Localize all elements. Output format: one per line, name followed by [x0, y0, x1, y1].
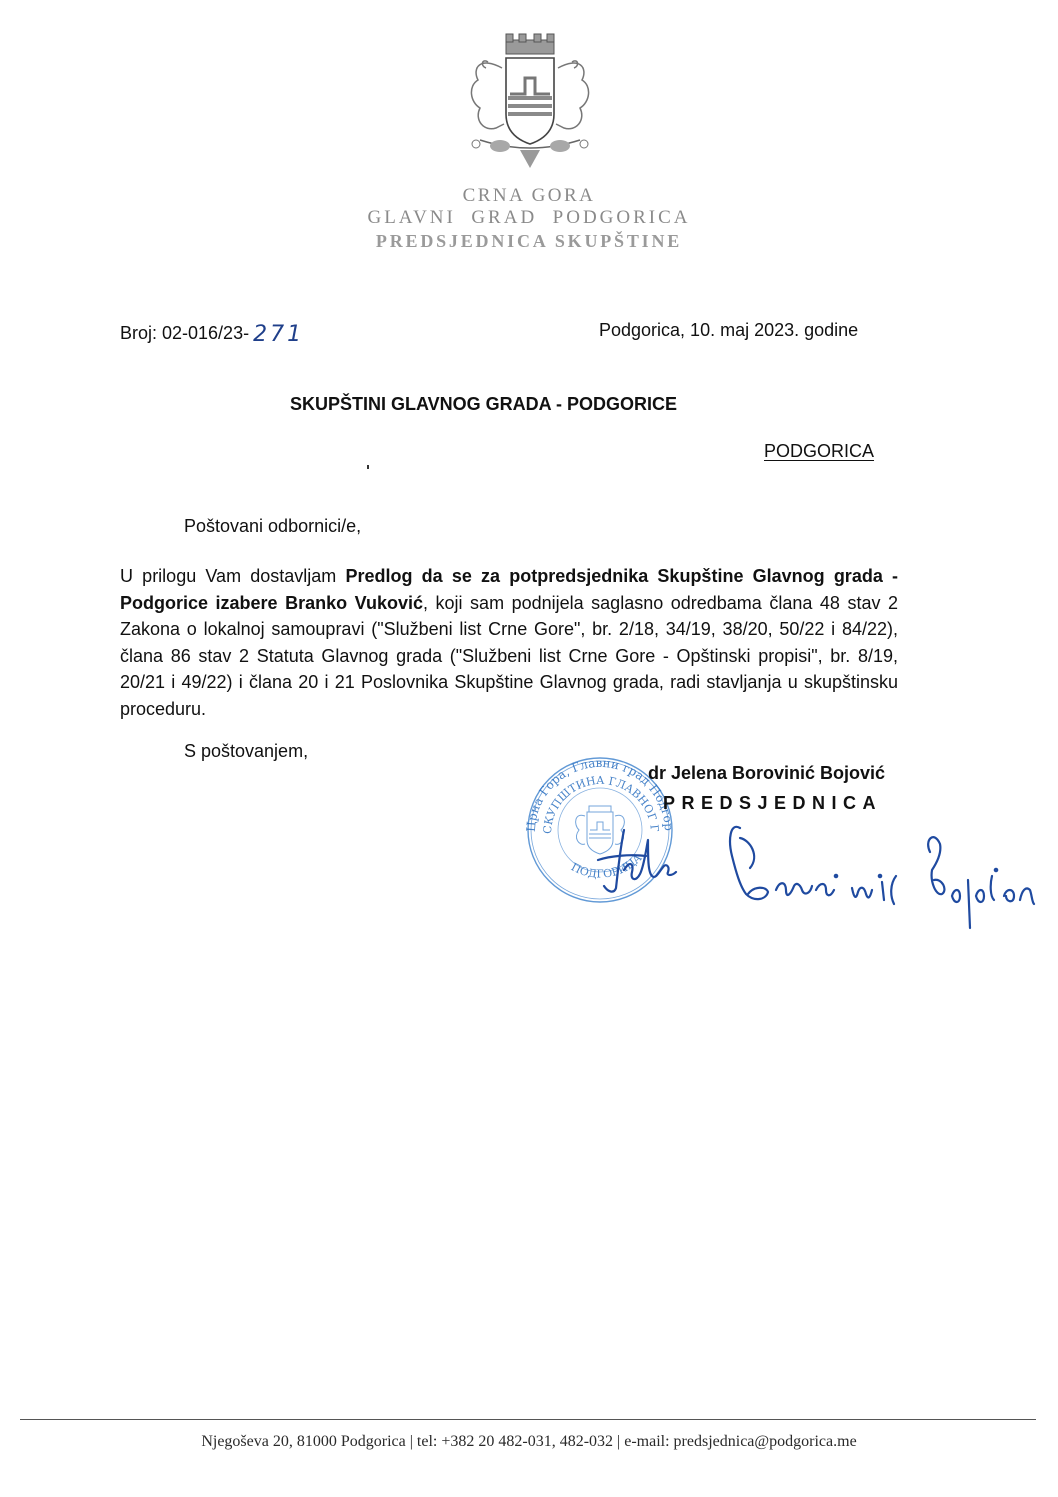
document-date: Podgorica, 10. maj 2023. godine: [599, 320, 858, 341]
salutation: Poštovani odbornici/e,: [184, 516, 361, 537]
handwritten-signature-icon: [590, 810, 1050, 930]
body-paragraph: U prilogu Vam dostavljam Predlog da se z…: [120, 563, 898, 722]
letterhead-office: PREDSJEDNICA SKUPŠTINE: [0, 231, 1058, 252]
coat-of-arms-icon: [450, 28, 610, 178]
reference-number: Broj: 02-016/23-271: [120, 320, 304, 345]
handwritten-reference-number: 271: [253, 322, 304, 347]
letterhead-country: CRNA GORA: [0, 185, 1058, 207]
recipient-name: SKUPŠTINI GLAVNOG GRADA - PODGORICE: [290, 394, 677, 415]
signer-name: dr Jelena Borovinić Bojović: [648, 763, 885, 784]
reference-label: Broj: 02-016/23-: [120, 323, 249, 343]
scan-artifact: [367, 465, 369, 469]
footer-contact: Njegoševa 20, 81000 Podgorica | tel: +38…: [0, 1433, 1058, 1451]
body-intro: U prilogu Vam dostavljam: [120, 566, 345, 586]
footer-divider: [20, 1419, 1036, 1420]
letterhead-city: GLAVNI GRAD PODGORICA: [0, 207, 1058, 229]
closing: S poštovanjem,: [184, 741, 308, 762]
recipient-city: PODGORICA: [764, 441, 874, 462]
